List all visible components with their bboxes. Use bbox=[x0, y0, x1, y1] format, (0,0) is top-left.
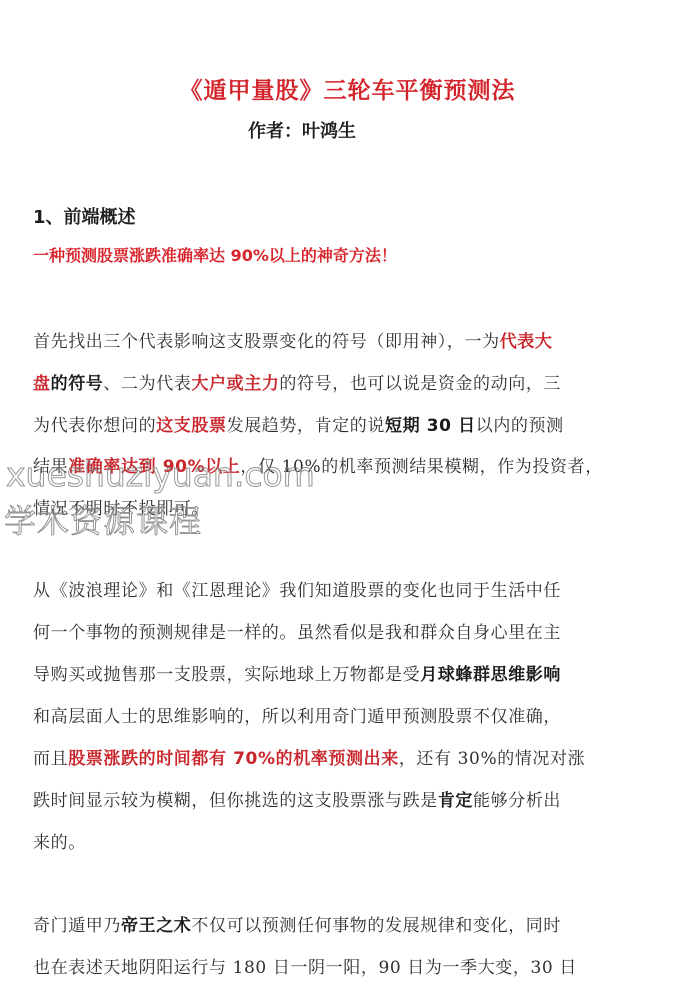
text-run: 的符号，也可以说是资金的动向，三 bbox=[279, 374, 561, 394]
text-run: 为代表你想问的 bbox=[33, 416, 156, 436]
highlight-bold: 短期 30 日 bbox=[385, 416, 476, 436]
text-run: 和高层面人士的思维影响的，所以利用奇门遁甲预测股票不仅准确， bbox=[33, 707, 561, 727]
text-run: 何一个事物的预测规律是一样的。虽然看似是我和群众自身心里在主 bbox=[33, 623, 561, 643]
paragraph-line: 和高层面人士的思维影响的，所以利用奇门遁甲预测股票不仅准确， bbox=[33, 702, 561, 727]
highlight-bold: 的符号 bbox=[51, 374, 104, 394]
text-run: 以内的预测 bbox=[476, 416, 564, 436]
text-run: ，还有 30%的情况对涨 bbox=[399, 749, 585, 769]
text-run: 、二为代表 bbox=[103, 374, 191, 394]
text-run: 来的。 bbox=[33, 833, 86, 853]
highlight-red: 大户或主力 bbox=[191, 374, 279, 394]
paragraph-line: 来的。 bbox=[33, 828, 86, 853]
paragraph-line: 为代表你想问的这支股票发展趋势，肯定的说短期 30 日以内的预测 bbox=[33, 411, 564, 436]
paragraph-line: 导购买或抛售那一支股票，实际地球上万物都是受月球蜂群思维影响 bbox=[33, 660, 561, 685]
watermark-url: xueshuziyuan.com bbox=[6, 455, 315, 494]
highlight-red: 这支股票 bbox=[156, 416, 226, 436]
watermark-text: 学术资源课程 bbox=[4, 496, 202, 542]
text-run: 导购买或抛售那一支股票，实际地球上万物都是受 bbox=[33, 665, 420, 685]
highlight-red: 股票涨跌的时间都有 70%的机率预测出来 bbox=[68, 749, 399, 769]
text-run: 奇门遁甲乃 bbox=[33, 916, 121, 936]
paragraph-line: 从《波浪理论》和《江恩理论》我们知道股票的变化也同于生活中任 bbox=[33, 576, 561, 601]
text-run: 而且 bbox=[33, 749, 68, 769]
paragraph-line: 奇门遁甲乃帝王之术不仅可以预测任何事物的发展规律和变化，同时 bbox=[33, 911, 561, 936]
document-title: 《遁甲量股》三轮车平衡预测法 bbox=[0, 72, 695, 105]
text-run: 发展趋势，肯定的说 bbox=[227, 416, 385, 436]
section-heading: 1、前端概述 bbox=[33, 203, 136, 229]
paragraph-line: 而且股票涨跌的时间都有 70%的机率预测出来，还有 30%的情况对涨 bbox=[33, 744, 585, 769]
highlight-bold: 帝王之术 bbox=[121, 916, 191, 936]
document-page: 《遁甲量股》三轮车平衡预测法 作者：叶鸿生 1、前端概述 一种预测股票涨跌准确率… bbox=[0, 0, 695, 988]
text-run: 首先找出三个代表影响这支股票变化的符号（即用神），一为 bbox=[33, 332, 500, 352]
document-author: 作者：叶鸿生 bbox=[248, 117, 356, 143]
paragraph-line: 何一个事物的预测规律是一样的。虽然看似是我和群众自身心里在主 bbox=[33, 618, 561, 643]
paragraph-line: 首先找出三个代表影响这支股票变化的符号（即用神），一为代表大 bbox=[33, 327, 553, 352]
paragraph-line: 也在表述天地阴阳运行与 180 日一阴一阳，90 日为一季大变，30 日 bbox=[33, 953, 577, 978]
highlight-bold: 月球蜂群思维影响 bbox=[420, 665, 561, 685]
text-run: 不仅可以预测任何事物的发展规律和变化，同时 bbox=[191, 916, 561, 936]
section-subtitle: 一种预测股票涨跌准确率达 90%以上的神奇方法！ bbox=[33, 243, 397, 266]
text-run: 也在表述天地阴阳运行与 180 日一阴一阳，90 日为一季大变，30 日 bbox=[33, 958, 577, 978]
highlight-red: 盘 bbox=[33, 374, 51, 394]
text-run: 从《波浪理论》和《江恩理论》我们知道股票的变化也同于生活中任 bbox=[33, 581, 561, 601]
text-run: 跌时间显示较为模糊，但你挑选的这支股票涨与跌是 bbox=[33, 791, 438, 811]
paragraph-line: 盘的符号、二为代表大户或主力的符号，也可以说是资金的动向，三 bbox=[33, 369, 561, 394]
text-run: 能够分析出 bbox=[473, 791, 561, 811]
paragraph-line: 跌时间显示较为模糊，但你挑选的这支股票涨与跌是肯定能够分析出 bbox=[33, 786, 561, 811]
highlight-bold: 肯定 bbox=[438, 791, 473, 811]
highlight-red: 代表大 bbox=[500, 332, 553, 352]
